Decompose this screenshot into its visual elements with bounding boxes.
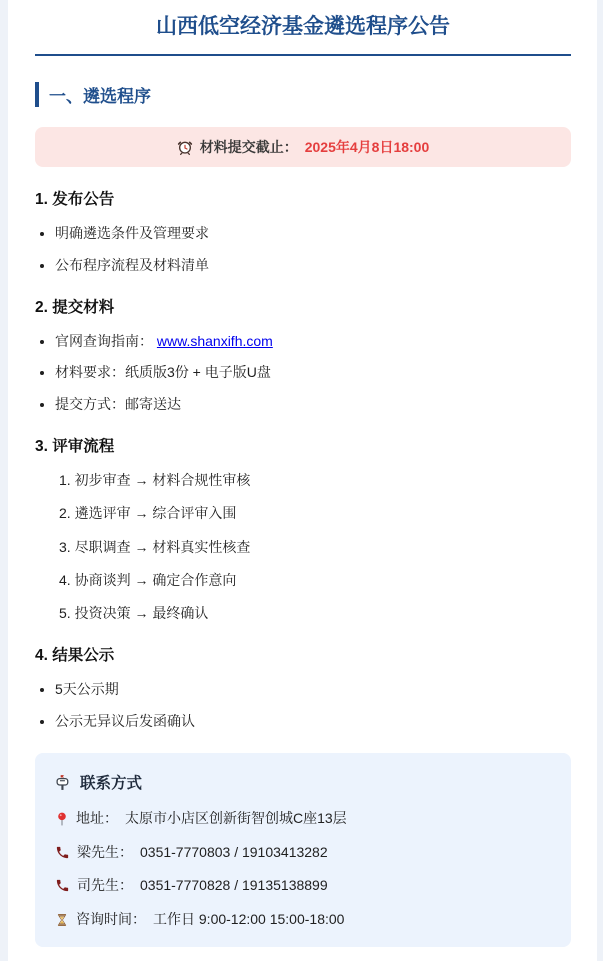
list-item: 官网查询指南： www.shanxifh.com: [55, 331, 571, 351]
phone-icon: [55, 845, 70, 860]
phone2-value: 0351-7770828 / 19135138899: [140, 876, 328, 896]
list-item: 材料要求：纸质版3份 + 电子版U盘: [55, 362, 571, 382]
mailbox-icon: [55, 774, 72, 791]
title-divider: [35, 54, 571, 56]
deadline-label: 材料提交截止：: [200, 137, 298, 157]
step-title-result: 4. 结果公示: [35, 643, 571, 665]
phone2-label: 司先生：: [77, 876, 133, 896]
contact-hours-line: 咨询时间： 工作日 9:00-12:00 15:00-18:00: [55, 910, 551, 930]
step-title-review: 3. 评审流程: [35, 434, 571, 456]
flow-step: 5. 投资决策 → 最终确认: [59, 603, 571, 623]
hourglass-icon: [55, 912, 69, 928]
contact-phone1-line: 梁先生： 0351-7770803 / 19103413282: [55, 843, 551, 863]
hours-label: 咨询时间：: [76, 910, 146, 930]
step-title-submit: 2. 提交材料: [35, 295, 571, 317]
list-item: 提交方式：邮寄送达: [55, 394, 571, 414]
website-guide-label: 官网查询指南：: [55, 333, 153, 349]
contact-heading-label: 联系方式: [80, 771, 142, 793]
phone-icon: [55, 878, 70, 893]
step-title-publish: 1. 发布公告: [35, 187, 571, 209]
contact-heading: 联系方式: [55, 771, 551, 793]
website-link[interactable]: www.shanxifh.com: [157, 333, 273, 349]
list-item: 公示无异议后发函确认: [55, 711, 571, 731]
hours-value: 工作日 9:00-12:00 15:00-18:00: [153, 910, 344, 930]
address-label: 地址：: [76, 809, 118, 829]
address-value: 太原市小店区创新街智创城C座13层: [125, 809, 347, 829]
flow-step: 4. 协商谈判 → 确定合作意向: [59, 570, 571, 590]
flow-step: 1. 初步审查 → 材料合规性审核: [59, 470, 571, 490]
alarm-clock-icon: [177, 139, 193, 155]
document-page: 山西低空经济基金遴选程序公告 一、遴选程序 材料提交截止： 2025年4月8日1…: [8, 0, 597, 961]
submit-bullet-list: 官网查询指南： www.shanxifh.com 材料要求：纸质版3份 + 电子…: [55, 331, 571, 414]
list-item: 公布程序流程及材料清单: [55, 255, 571, 275]
publish-bullet-list: 明确遴选条件及管理要求 公布程序流程及材料清单: [55, 223, 571, 275]
phone1-value: 0351-7770803 / 19103413282: [140, 843, 328, 863]
list-item: 5天公示期: [55, 679, 571, 699]
review-flow-list: 1. 初步审查 → 材料合规性审核 2. 遴选评审 → 综合评审入围 3. 尽职…: [59, 470, 571, 623]
deadline-banner: 材料提交截止： 2025年4月8日18:00: [35, 127, 571, 167]
page-title: 山西低空经济基金遴选程序公告: [35, 12, 571, 42]
flow-step: 2. 遴选评审 → 综合评审入围: [59, 503, 571, 523]
contact-address-line: 地址： 太原市小店区创新街智创城C座13层: [55, 809, 551, 829]
deadline-value: 2025年4月8日18:00: [305, 137, 430, 157]
contact-phone2-line: 司先生： 0351-7770828 / 19135138899: [55, 876, 551, 896]
list-item: 明确遴选条件及管理要求: [55, 223, 571, 243]
result-bullet-list: 5天公示期 公示无异议后发函确认: [55, 679, 571, 731]
phone1-label: 梁先生：: [77, 843, 133, 863]
map-pin-icon: [55, 811, 69, 827]
flow-step: 3. 尽职调查 → 材料真实性核查: [59, 537, 571, 557]
section-heading: 一、遴选程序: [35, 82, 571, 107]
contact-card: 联系方式 地址： 太原市小店区创新街智创城C座13层 梁先生： 0351-777…: [35, 753, 571, 947]
